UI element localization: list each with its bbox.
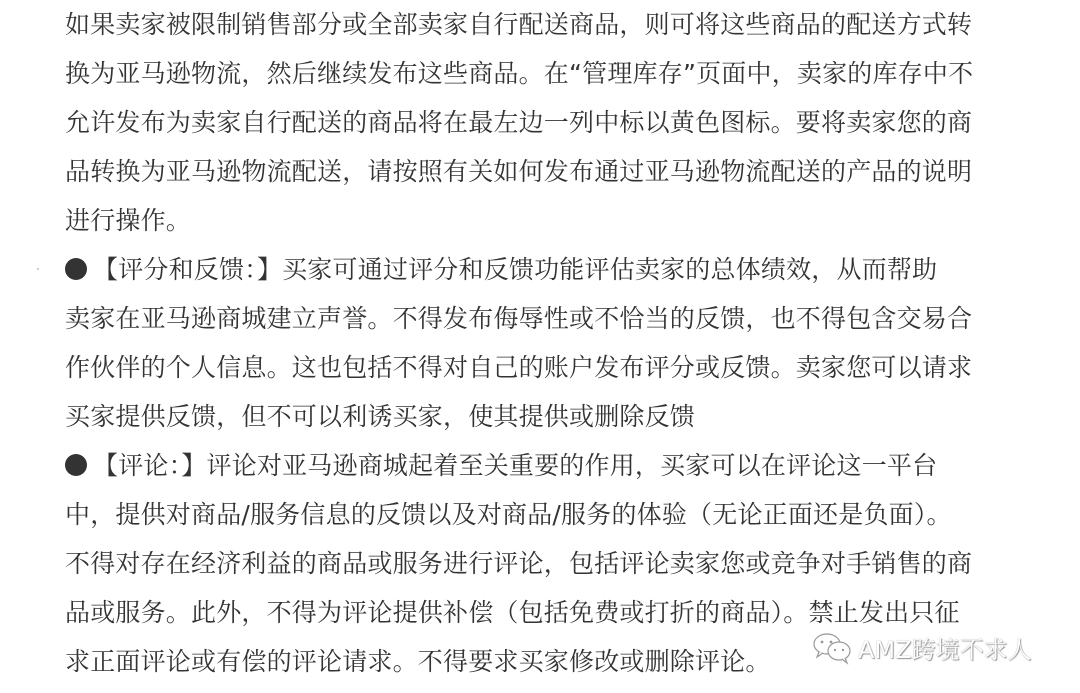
decorative-dot <box>37 268 39 270</box>
bullet-icon <box>65 258 87 280</box>
paragraph-line: 卖家在亚马逊商城建立声誉。不得发布侮辱性或不恰当的反馈，也不得包含交易合 <box>65 294 1050 343</box>
feedback-heading-text: 【评分和反馈：】买家可通过评分和反馈功能评估卖家的总体绩效，从而帮助 <box>93 255 937 284</box>
watermark-text: AMZ跨境不求人 <box>858 630 1032 665</box>
bullet-icon <box>65 454 87 476</box>
paragraph-line: 允许发布为卖家自行配送的商品将在最左边一列中标以黄色图标。要将卖家您的商 <box>65 98 1050 147</box>
reviews-heading-text: 【评论：】评论对亚马逊商城起着至关重要的作用，买家可以在评论这一平台 <box>93 451 937 480</box>
watermark: AMZ跨境不求人 <box>812 630 1032 665</box>
paragraph-line: 中，提供对商品/服务信息的反馈以及对商品/服务的体验（无论正面还是负面）。 <box>65 490 1050 539</box>
paragraph-line: 作伙伴的个人信息。这也包括不得对自己的账户发布评分或反馈。卖家您可以请求 <box>65 343 1050 392</box>
reviews-heading-line: 【评论：】评论对亚马逊商城起着至关重要的作用，买家可以在评论这一平台 <box>65 441 1050 490</box>
paragraph-line: 品转换为亚马逊物流配送，请按照有关如何发布通过亚马逊物流配送的产品的说明 <box>65 147 1050 196</box>
paragraph-line: 不得对存在经济利益的商品或服务进行评论，包括评论卖家您或竞争对手销售的商 <box>65 539 1050 588</box>
paragraph-line: 买家提供反馈，但不可以利诱买家，使其提供或删除反馈 <box>65 392 1050 441</box>
paragraph-line: 如果卖家被限制销售部分或全部卖家自行配送商品，则可将这些商品的配送方式转 <box>65 0 1050 49</box>
paragraph-line: 进行操作。 <box>65 196 1050 245</box>
wechat-icon <box>812 631 854 665</box>
paragraph-line: 换为亚马逊物流，然后继续发布这些商品。在“管理库存”页面中，卖家的库存中不 <box>65 49 1050 98</box>
feedback-heading-line: 【评分和反馈：】买家可通过评分和反馈功能评估卖家的总体绩效，从而帮助 <box>65 245 1050 294</box>
document-body: 如果卖家被限制销售部分或全部卖家自行配送商品，则可将这些商品的配送方式转 换为亚… <box>65 0 1050 686</box>
